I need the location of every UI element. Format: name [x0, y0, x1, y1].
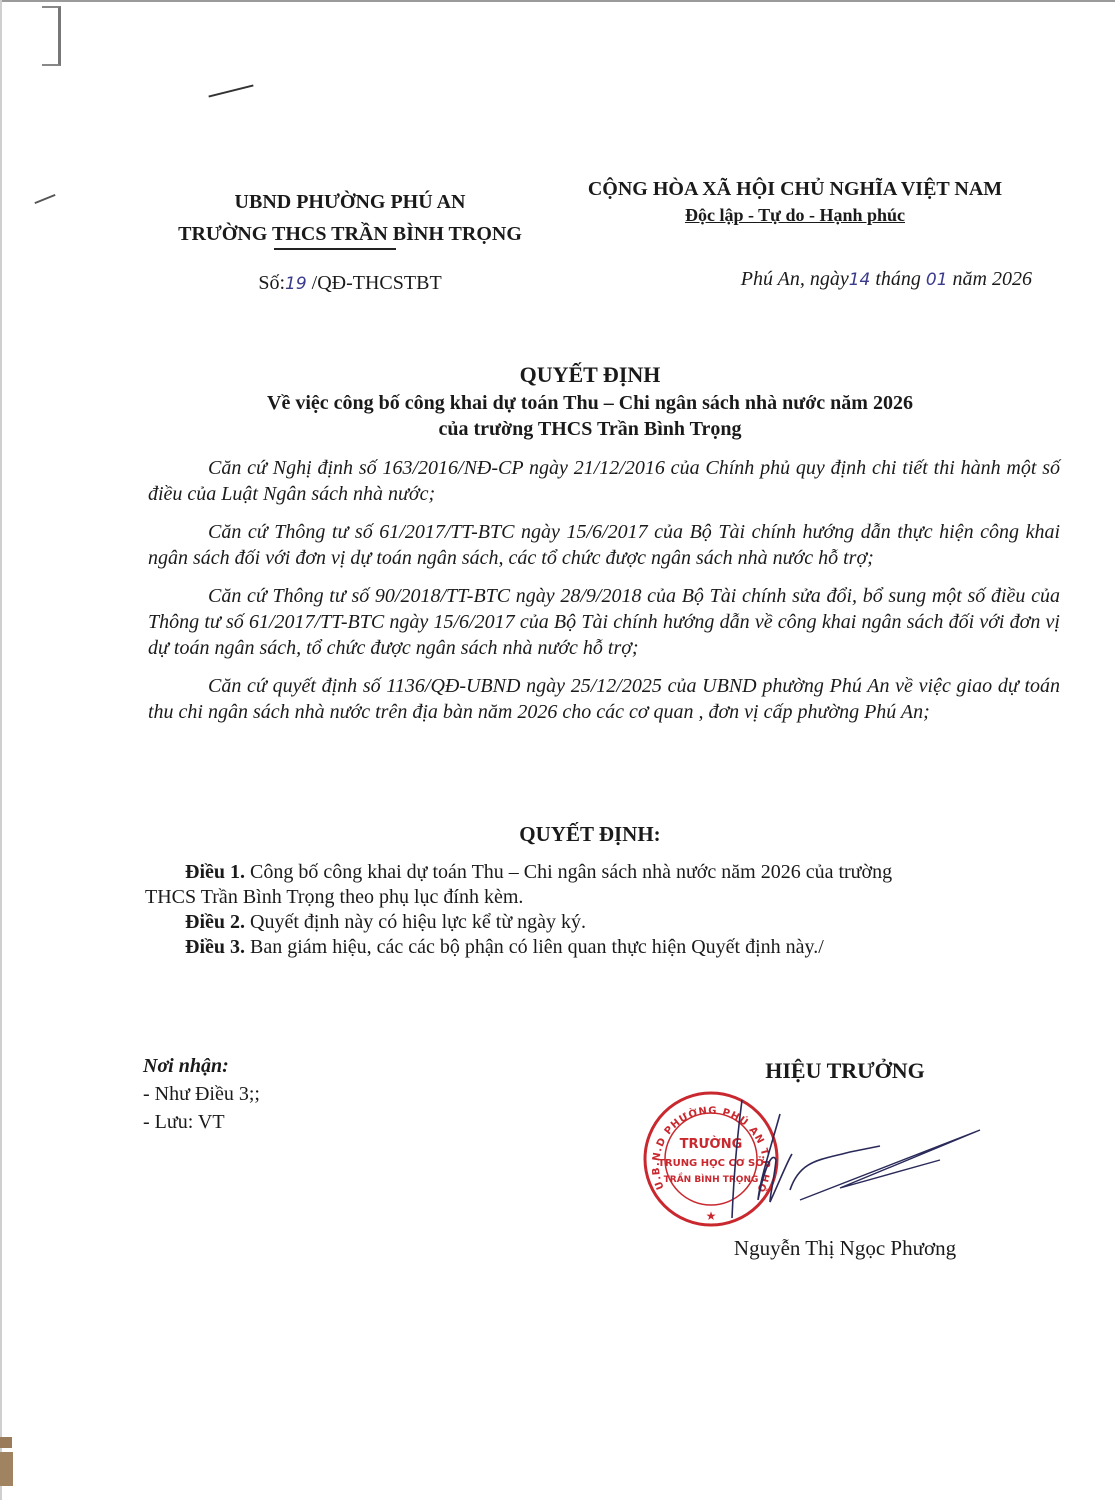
page-edge: [0, 0, 1115, 2]
handwritten-number: 19: [285, 274, 307, 294]
recipients: Nơi nhận: - Như Điều 3;; - Lưu: VT: [143, 1052, 260, 1136]
scan-artifact: [42, 6, 61, 66]
place-date: Phú An, ngày14 tháng 01 năm 2026: [600, 268, 1032, 291]
article-1-continuation: THCS Trần Bình Trọng theo phụ lục đính k…: [145, 885, 1025, 910]
basis-paragraph: Căn cứ Thông tư số 90/2018/TT-BTC ngày 2…: [148, 583, 1060, 661]
recipient-item: - Lưu: VT: [143, 1108, 260, 1136]
basis-paragraph: Căn cứ quyết định số 1136/QĐ-UBND ngày 2…: [148, 673, 1060, 725]
scan-artifact: [208, 84, 253, 97]
page-edge: [0, 0, 2, 1500]
header-underline: [274, 248, 396, 250]
title-subject-1: Về việc công bố công khai dự toán Thu – …: [150, 390, 1030, 416]
agency-line-2: TRƯỜNG THCS TRẦN BÌNH TRỌNG: [178, 218, 522, 250]
article-2: Điều 2. Quyết định này có hiệu lực kể từ…: [145, 910, 1025, 935]
basis-paragraph: Căn cứ Thông tư số 61/2017/TT-BTC ngày 1…: [148, 519, 1060, 571]
recipients-heading: Nơi nhận:: [143, 1052, 260, 1080]
handwritten-signature: [730, 1090, 990, 1220]
nation-name: CỘNG HÒA XÃ HỘI CHỦ NGHĨA VIỆT NAM: [560, 176, 1030, 202]
decision-heading: QUYẾT ĐỊNH:: [150, 822, 1030, 847]
document-number: Số:19 /QĐ-THCSTBT: [150, 272, 550, 295]
article-3: Điều 3. Ban giám hiệu, các các bộ phận c…: [145, 935, 1025, 960]
legal-basis: Căn cứ Nghị định số 163/2016/NĐ-CP ngày …: [148, 455, 1060, 737]
handwritten-day: 14: [849, 270, 871, 290]
scan-artifact: [0, 1437, 12, 1448]
scan-artifact: [0, 1452, 13, 1486]
document-title: QUYẾT ĐỊNH Về việc công bố công khai dự …: [150, 360, 1030, 442]
signer-name: Nguyễn Thị Ngọc Phương: [700, 1236, 990, 1261]
motto: Độc lập - Tự do - Hạnh phúc: [560, 202, 1030, 228]
title-subject-2: của trường THCS Trần Bình Trọng: [150, 416, 1030, 442]
basis-paragraph: Căn cứ Nghị định số 163/2016/NĐ-CP ngày …: [148, 455, 1060, 507]
decision-articles: Điều 1. Công bố công khai dự toán Thu – …: [145, 860, 1025, 960]
star-icon: ★: [706, 1209, 717, 1223]
agency-line-1: UBND PHƯỜNG PHÚ AN: [150, 186, 550, 218]
scan-artifact: [34, 194, 55, 204]
recipient-item: - Như Điều 3;;: [143, 1080, 260, 1108]
signer-title: HIỆU TRƯỞNG: [700, 1058, 990, 1084]
national-motto: CỘNG HÒA XÃ HỘI CHỦ NGHĨA VIỆT NAM Độc l…: [560, 176, 1030, 228]
title-main: QUYẾT ĐỊNH: [150, 360, 1030, 390]
issuing-agency: UBND PHƯỜNG PHÚ AN TRƯỜNG THCS TRẦN BÌNH…: [150, 186, 550, 250]
article-1: Điều 1. Công bố công khai dự toán Thu – …: [145, 860, 1025, 885]
handwritten-month: 01: [926, 270, 948, 290]
